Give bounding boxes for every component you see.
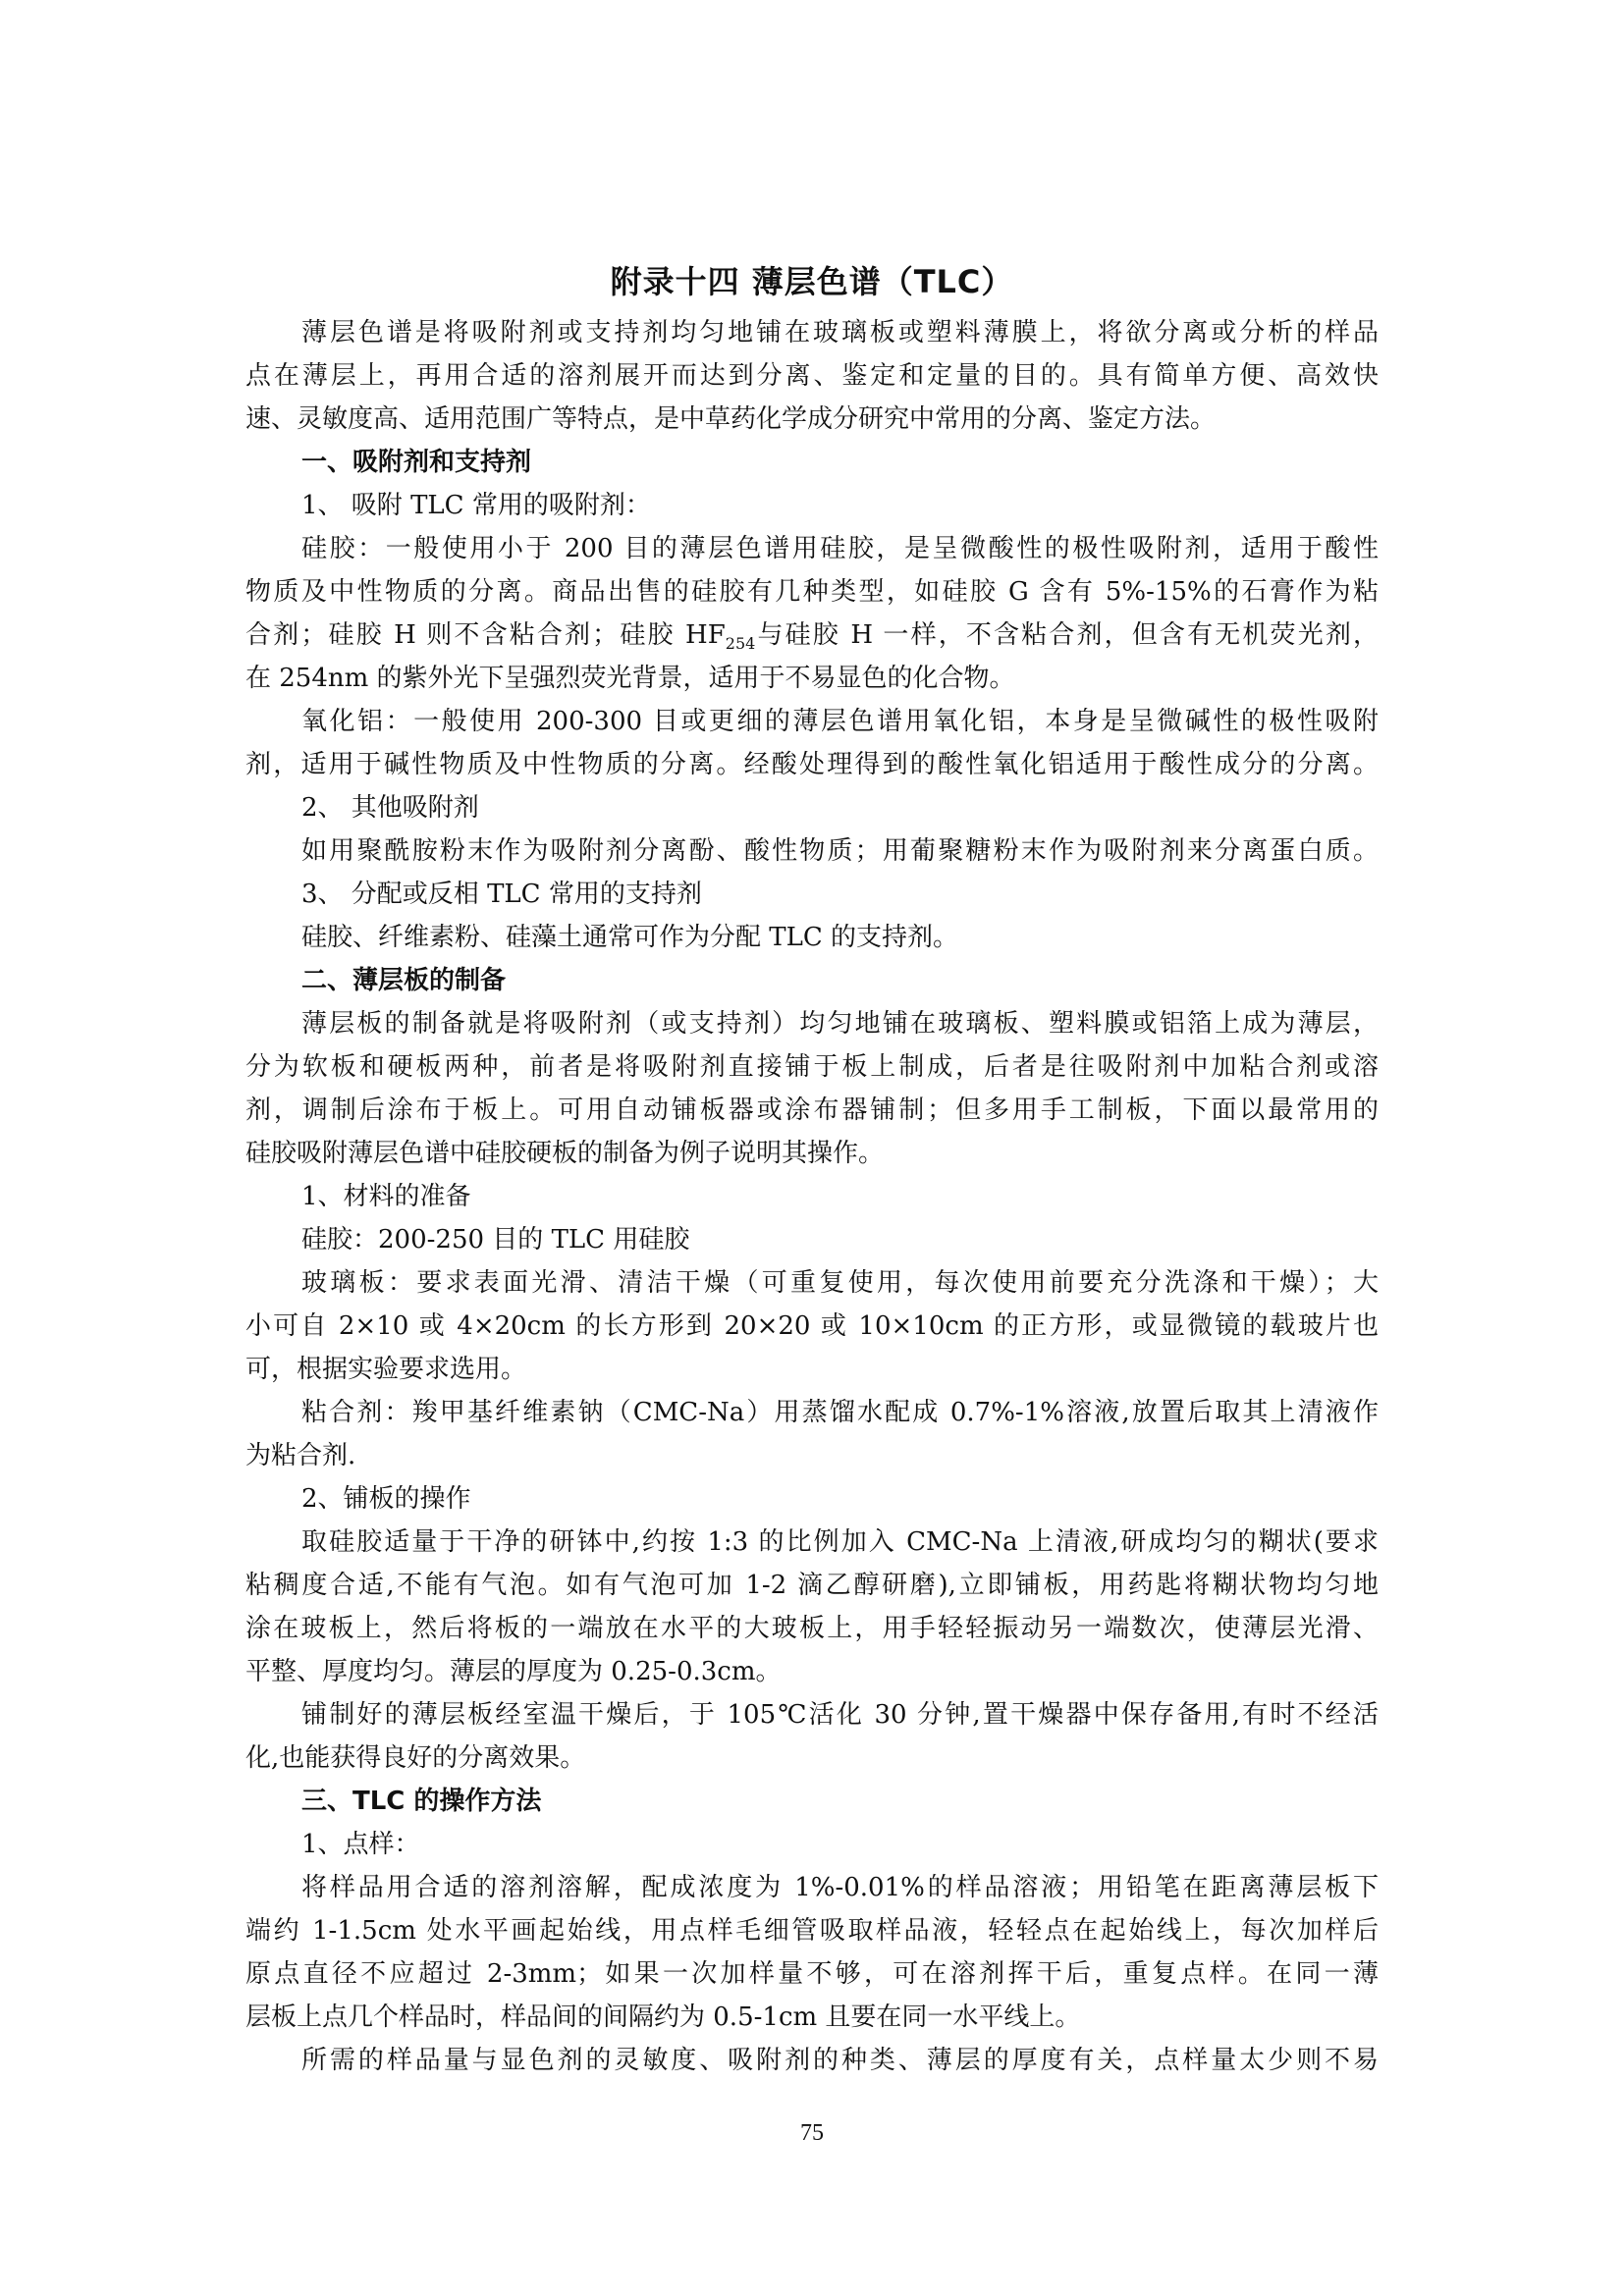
subsection-heading: 2、铺板的操作 <box>245 1477 1379 1521</box>
section-heading-2: 二、薄层板的制备 <box>245 959 1379 1002</box>
paragraph-line: 铺制好的薄层板经室温干燥后，于 105℃活化 30 分钟,置干燥器中保存备用,有… <box>245 1693 1379 1736</box>
paragraph-line: 将样品用合适的溶剂溶解，配成浓度为 1%-0.01%的样品溶液；用铅笔在距离薄层… <box>245 1866 1379 1909</box>
paragraph-line: 粘稠度合适,不能有气泡。如有气泡可加 1-2 滴乙醇研磨),立即铺板，用药匙将糊… <box>245 1564 1379 1607</box>
paragraph-line: 平整、厚度均匀。薄层的厚度为 0.25-0.3cm。 <box>245 1650 1379 1693</box>
page-title: 附录十四 薄层色谱（TLC） <box>245 257 1379 302</box>
paragraph-line: 分为软板和硬板两种，前者是将吸附剂直接铺于板上制成，后者是往吸附剂中加粘合剂或溶 <box>245 1045 1379 1089</box>
paragraph-line: 在 254nm 的紫外光下呈强烈荧光背景，适用于不易显色的化合物。 <box>245 657 1379 700</box>
subsection-heading: 1、 吸附 TLC 常用的吸附剂： <box>245 484 1379 527</box>
text-segment: 与硅胶 H 一样，不含粘合剂，但含有无机荧光剂， <box>755 620 1379 650</box>
section-heading-3: 三、TLC 的操作方法 <box>245 1780 1379 1823</box>
paragraph-line: 化,也能获得良好的分离效果。 <box>245 1736 1379 1780</box>
paragraph-line: 薄层色谱是将吸附剂或支持剂均匀地铺在玻璃板或塑料薄膜上，将欲分离或分析的样品 <box>245 311 1379 354</box>
paragraph-line: 可，根据实验要求选用。 <box>245 1348 1379 1391</box>
page-number: 75 <box>245 2120 1379 2147</box>
paragraph-line: 合剂；硅胶 H 则不含粘合剂；硅胶 HF254与硅胶 H 一样，不含粘合剂，但含… <box>245 614 1379 657</box>
paragraph-line: 薄层板的制备就是将吸附剂（或支持剂）均匀地铺在玻璃板、塑料膜或铝箔上成为薄层， <box>245 1002 1379 1045</box>
paragraph-line: 硅胶：200-250 目的 TLC 用硅胶 <box>245 1218 1379 1261</box>
paragraph-line: 速、灵敏度高、适用范围广等特点，是中草药化学成分研究中常用的分离、鉴定方法。 <box>245 398 1379 441</box>
subscript: 254 <box>726 634 756 653</box>
paragraph-line: 所需的样品量与显色剂的灵敏度、吸附剂的种类、薄层的厚度有关，点样量太少则不易 <box>245 2039 1379 2082</box>
paragraph-line: 剂，调制后涂布于板上。可用自动铺板器或涂布器铺制；但多用手工制板，下面以最常用的 <box>245 1089 1379 1132</box>
paragraph-line: 端约 1-1.5cm 处水平画起始线，用点样毛细管吸取样品液，轻轻点在起始线上，… <box>245 1909 1379 1952</box>
section-heading-1: 一、吸附剂和支持剂 <box>245 441 1379 484</box>
paragraph-line: 如用聚酰胺粉末作为吸附剂分离酚、酸性物质；用葡聚糖粉末作为吸附剂来分离蛋白质。 <box>245 829 1379 873</box>
paragraph-line: 硅胶吸附薄层色谱中硅胶硬板的制备为例子说明其操作。 <box>245 1132 1379 1175</box>
paragraph-line: 为粘合剂. <box>245 1434 1379 1477</box>
subsection-heading: 1、材料的准备 <box>245 1175 1379 1218</box>
text-segment: 合剂；硅胶 H 则不含粘合剂；硅胶 HF <box>245 620 726 650</box>
paragraph-line: 氧化铝：一般使用 200-300 目或更细的薄层色谱用氧化铝，本身是呈微碱性的极… <box>245 700 1379 743</box>
paragraph-line: 点在薄层上，再用合适的溶剂展开而达到分离、鉴定和定量的目的。具有简单方便、高效快 <box>245 354 1379 398</box>
paragraph-line: 原点直径不应超过 2-3mm；如果一次加样量不够，可在溶剂挥干后，重复点样。在同… <box>245 1952 1379 1996</box>
paragraph-line: 小可自 2×10 或 4×20cm 的长方形到 20×20 或 10×10cm … <box>245 1305 1379 1348</box>
subsection-heading: 1、点样： <box>245 1823 1379 1866</box>
paragraph-line: 玻璃板：要求表面光滑、清洁干燥（可重复使用，每次使用前要充分洗涤和干燥）；大 <box>245 1261 1379 1305</box>
paragraph-line: 硅胶：一般使用小于 200 目的薄层色谱用硅胶，是呈微酸性的极性吸附剂，适用于酸… <box>245 527 1379 570</box>
paragraph-line: 物质及中性物质的分离。商品出售的硅胶有几种类型，如硅胶 G 含有 5%-15%的… <box>245 570 1379 614</box>
paragraph-line: 粘合剂：羧甲基纤维素钠（CMC-Na）用蒸馏水配成 0.7%-1%溶液,放置后取… <box>245 1391 1379 1434</box>
paragraph-line: 涂在玻板上，然后将板的一端放在水平的大玻板上，用手轻轻振动另一端数次，使薄层光滑… <box>245 1607 1379 1650</box>
subsection-heading: 2、 其他吸附剂 <box>245 786 1379 829</box>
body-text: 薄层色谱是将吸附剂或支持剂均匀地铺在玻璃板或塑料薄膜上，将欲分离或分析的样品 点… <box>245 311 1379 2082</box>
subsection-heading: 3、 分配或反相 TLC 常用的支持剂 <box>245 873 1379 916</box>
paragraph-line: 层板上点几个样品时，样品间的间隔约为 0.5-1cm 且要在同一水平线上。 <box>245 1996 1379 2039</box>
paragraph-line: 剂，适用于碱性物质及中性物质的分离。经酸处理得到的酸性氧化铝适用于酸性成分的分离… <box>245 743 1379 786</box>
paragraph-line: 取硅胶适量于干净的研钵中,约按 1:3 的比例加入 CMC-Na 上清液,研成均… <box>245 1521 1379 1564</box>
paragraph-line: 硅胶、纤维素粉、硅藻土通常可作为分配 TLC 的支持剂。 <box>245 916 1379 959</box>
